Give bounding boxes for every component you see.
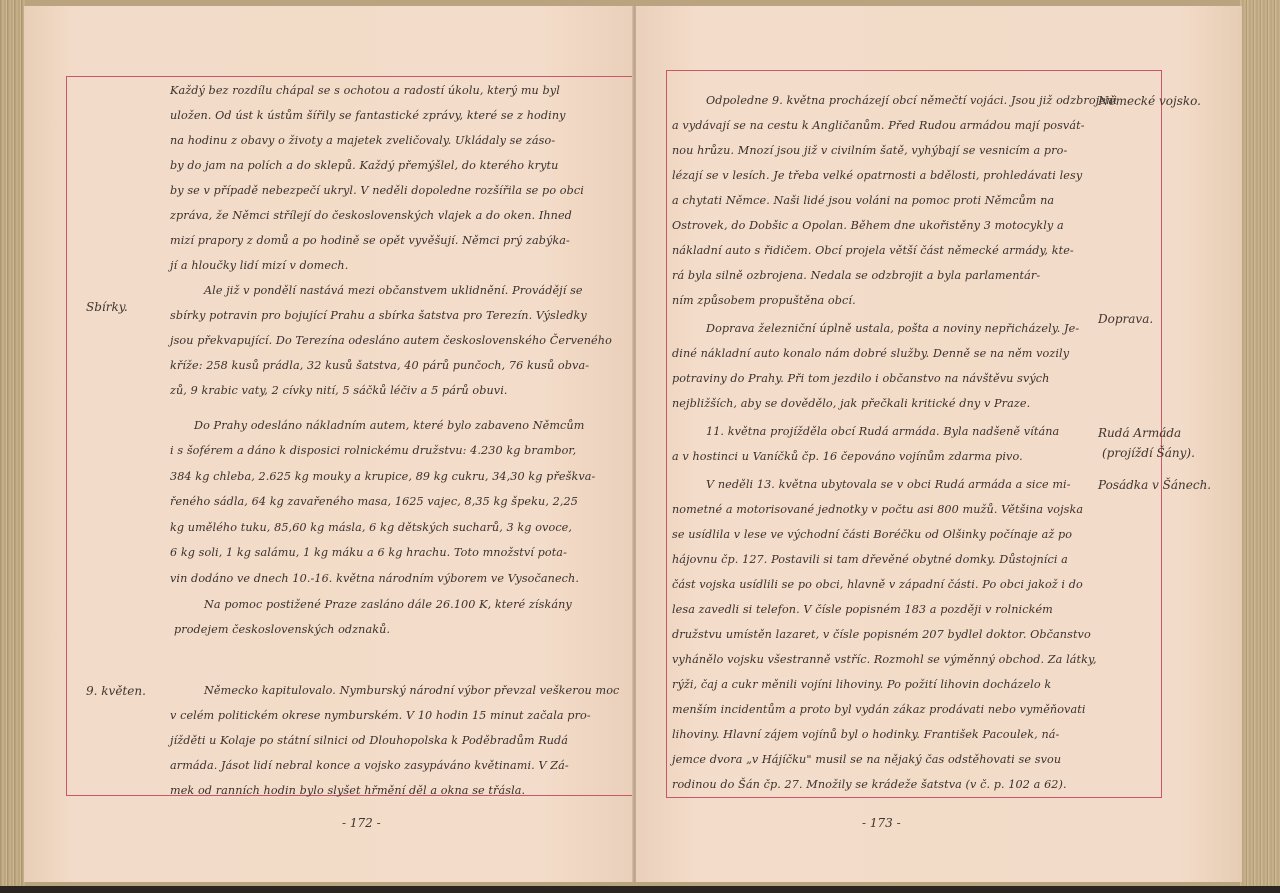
margin-note-posadka: Posádka v Šánech. xyxy=(1098,478,1211,492)
text-line: a v hostinci u Vaníčků čp. 16 čepováno v… xyxy=(672,450,1023,463)
text-line: vyhánělo vojsku všestranně vstříc. Rozmo… xyxy=(672,653,1097,666)
text-line: ním způsobem propuštěna obcí. xyxy=(672,294,856,307)
text-line: 11. května projížděla obcí Rudá armáda. … xyxy=(706,425,1059,438)
text-line: a chytati Němce. Naši lidé jsou voláni n… xyxy=(672,194,1054,207)
text-line: kříže: 258 kusů prádla, 32 kusů šatstva,… xyxy=(170,359,589,372)
margin-note-9-kveten: 9. květen. xyxy=(86,684,146,698)
text-line: by se v případě nebezpečí ukryl. V neděl… xyxy=(170,184,584,197)
text-line: sbírky potravin pro bojující Prahu a sbí… xyxy=(170,309,587,322)
text-line: nákladní auto s řidičem. Obcí projela vě… xyxy=(672,244,1074,257)
text-line: hájovnu čp. 127. Postavili si tam dřevěn… xyxy=(672,553,1068,566)
text-line: se usídlila v lese ve východní části Bor… xyxy=(672,528,1072,541)
text-line: rýži, čaj a cukr měnili vojíni lihoviny.… xyxy=(672,678,1051,691)
text-line: 6 kg soli, 1 kg salámu, 1 kg máku a 6 kg… xyxy=(170,546,567,559)
text-line: družstvu umístěn lazaret, v čísle popisn… xyxy=(672,628,1091,641)
text-line: rá byla silně ozbrojena. Nedala se odzbr… xyxy=(672,269,1040,282)
text-line: i s šoférem a dáno k disposici rolnickém… xyxy=(170,444,576,457)
text-line: Ostrovek, do Dobšic a Opolan. Během dne … xyxy=(672,219,1064,232)
text-line: lesa zavedli si telefon. V čísle popisné… xyxy=(672,603,1053,616)
margin-note-projizdi-sany: (projíždí Šány). xyxy=(1102,446,1195,460)
text-line: Každý bez rozdílu chápal se s ochotou a … xyxy=(170,84,560,97)
text-line: uložen. Od úst k ústům šířily se fantast… xyxy=(170,109,566,122)
margin-note-ruda-armada: Rudá Armáda xyxy=(1098,426,1181,440)
left-page-edges xyxy=(0,0,26,886)
text-line: kg umělého tuku, 85,60 kg másla, 6 kg dě… xyxy=(170,521,572,534)
text-line: lézají se v lesích. Je třeba velké opatr… xyxy=(672,169,1082,182)
text-line: vin dodáno ve dnech 10.-16. května národ… xyxy=(170,572,579,585)
right-page-edges xyxy=(1240,0,1280,886)
text-line: Doprava železniční úplně ustala, pošta a… xyxy=(706,322,1079,335)
text-line: zpráva, že Němci střílejí do českosloven… xyxy=(170,209,572,222)
text-line: jemce dvora „v Hájíčku" musil se na něja… xyxy=(672,753,1061,766)
text-line: Na pomoc postižené Praze zasláno dále 26… xyxy=(204,598,572,611)
text-line: menším incidentům a proto byl vydán záka… xyxy=(672,703,1086,716)
text-line: diné nákladní auto konalo nám dobré služ… xyxy=(672,347,1069,360)
text-line: rodinou do Šán čp. 27. Množily se krádež… xyxy=(672,778,1067,791)
page-number-left: - 172 - xyxy=(342,816,381,830)
text-line: jí a hloučky lidí mizí v domech. xyxy=(170,259,348,272)
text-line: mek od ranních hodin bylo slyšet hřmění … xyxy=(170,784,525,797)
text-line: Německo kapitulovalo. Nymburský národní … xyxy=(204,684,619,697)
text-line: část vojska usídlili se po obci, hlavně … xyxy=(672,578,1083,591)
text-line: Odpoledne 9. května procházejí obcí něme… xyxy=(706,94,1117,107)
text-line: mizí prapory z domů a po hodině se opět … xyxy=(170,234,570,247)
text-line: nometné a motorisované jednotky v počtu … xyxy=(672,503,1083,516)
text-line: Do Prahy odesláno nákladním autem, které… xyxy=(194,419,584,432)
text-line: řeného sádla, 64 kg zavařeného masa, 162… xyxy=(170,495,578,508)
page-number-right: - 173 - xyxy=(862,816,901,830)
text-line: na hodinu z obavy o životy a majetek zve… xyxy=(170,134,555,147)
text-line: prodejem československých odznaků. xyxy=(174,623,390,636)
right-page: Německé vojsko. Doprava. Rudá Armáda (pr… xyxy=(636,6,1242,882)
text-line: lihoviny. Hlavní zájem vojínů byl o hodi… xyxy=(672,728,1059,741)
text-line: nou hrůzu. Mnozí jsou již v civilním šat… xyxy=(672,144,1067,157)
text-line: potraviny do Prahy. Při tom jezdilo i ob… xyxy=(672,372,1049,385)
text-line: a vydávají se na cestu k Angličanům. Pře… xyxy=(672,119,1085,132)
open-book: Sbírky. 9. květen. Každý bez rozdílu chá… xyxy=(0,0,1280,886)
margin-note-doprava: Doprava. xyxy=(1098,312,1153,326)
text-line: V neděli 13. května ubytovala se v obci … xyxy=(706,478,1071,491)
text-line: Ale již v pondělí nastává mezi občanstve… xyxy=(204,284,583,297)
text-line: by do jam na polích a do sklepů. Každý p… xyxy=(170,159,558,172)
text-line: armáda. Jásot lidí nebral konce a vojsko… xyxy=(170,759,569,772)
text-line: jížděti u Kolaje po státní silnici od Dl… xyxy=(170,734,568,747)
text-line: nejbližších, aby se dovědělo, jak přečka… xyxy=(672,397,1030,410)
left-page: Sbírky. 9. květen. Každý bez rozdílu chá… xyxy=(24,6,634,882)
text-line: jsou překvapující. Do Terezína odesláno … xyxy=(170,334,612,347)
text-line: v celém politickém okrese nymburském. V … xyxy=(170,709,591,722)
margin-note-sbirky: Sbírky. xyxy=(86,300,128,314)
text-line: 384 kg chleba, 2.625 kg mouky a krupice,… xyxy=(170,470,595,483)
text-line: zů, 9 krabic vaty, 2 cívky nití, 5 sáčků… xyxy=(170,384,508,397)
